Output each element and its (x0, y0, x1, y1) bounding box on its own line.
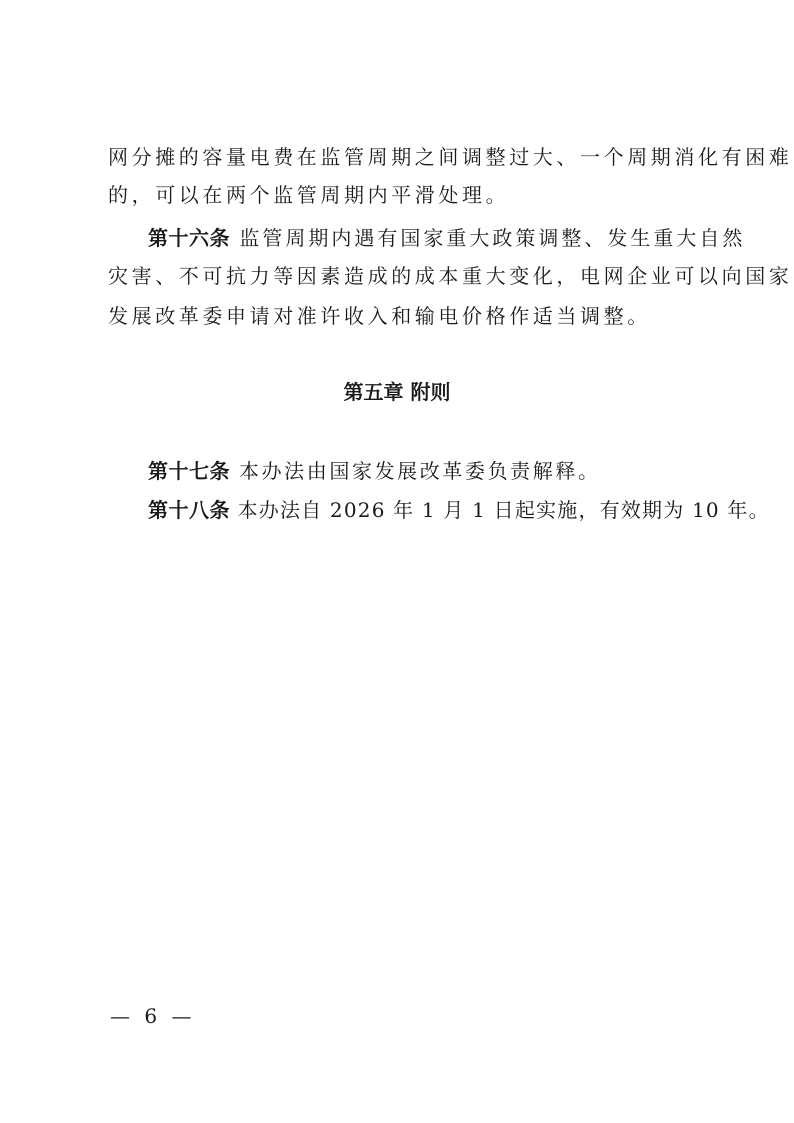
document-page: 网分摊的容量电费在监管周期之间调整过大、一个周期消化有困难 的，可以在两个监管周… (0, 0, 794, 1123)
article-16-label: 第十六条 (148, 226, 230, 250)
article-18-text: 本办法自 2026 年 1 月 1 日起实施，有效期为 10 年。 (238, 498, 770, 522)
article-18-label: 第十八条 (148, 498, 230, 522)
article-16-line-2: 灾害、不可抗力等因素造成的成本重大变化，电网企业可以向国家 (108, 262, 688, 290)
article-15-continuation-line-1: 网分摊的容量电费在监管周期之间调整过大、一个周期消化有困难 (108, 143, 688, 171)
article-16-text-1: 监管周期内遇有国家重大政策调整、发生重大自然 (239, 226, 745, 250)
article-16-line-3: 发展改革委申请对准许收入和输电价格作适当调整。 (108, 302, 688, 330)
page-number: — 6 — (110, 1002, 195, 1030)
article-17: 第十七条 本办法由国家发展改革委负责解释。 (148, 457, 728, 485)
chapter-5-heading: 第五章 附则 (0, 378, 794, 406)
article-16-line-1: 第十六条 监管周期内遇有国家重大政策调整、发生重大自然 (148, 224, 728, 252)
article-15-continuation-line-2: 的，可以在两个监管周期内平滑处理。 (108, 181, 688, 209)
article-18: 第十八条 本办法自 2026 年 1 月 1 日起实施，有效期为 10 年。 (148, 496, 728, 524)
article-17-text: 本办法由国家发展改革委负责解释。 (239, 459, 601, 483)
article-17-label: 第十七条 (148, 459, 230, 483)
